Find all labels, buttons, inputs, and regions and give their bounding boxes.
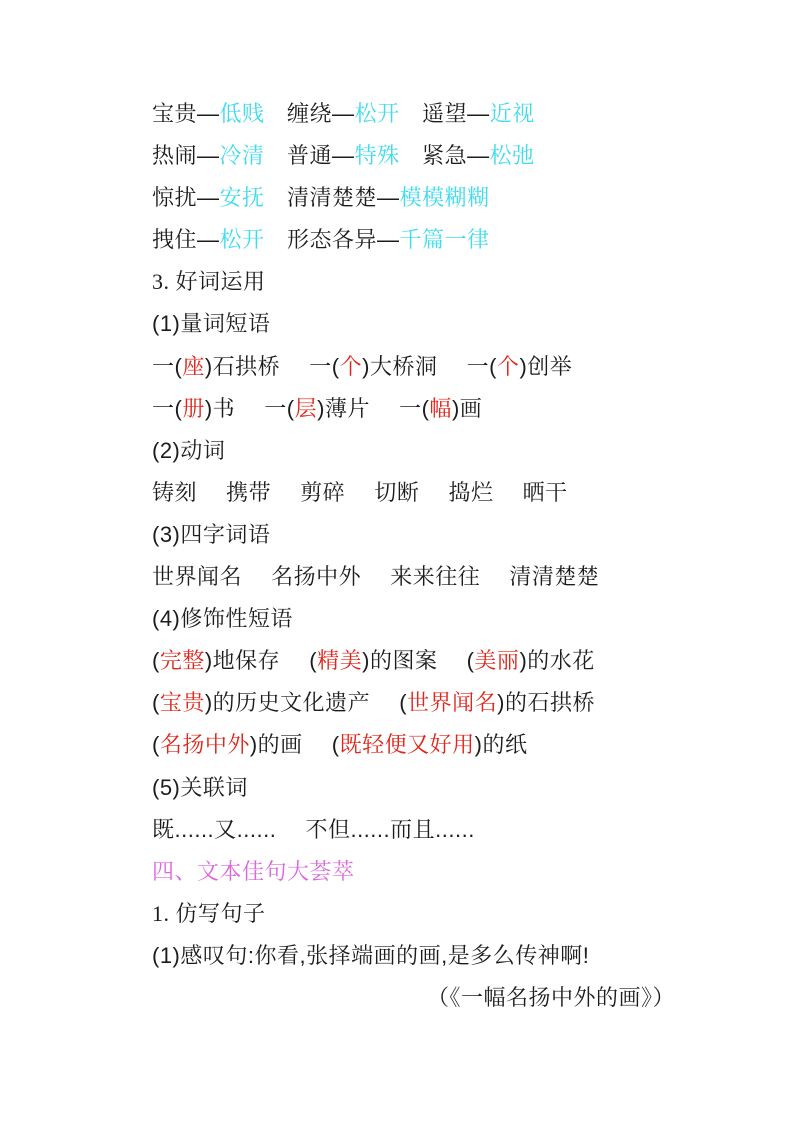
measure-words-line-1-text: 一( bbox=[467, 354, 497, 379]
modifier-line-3-text: ( bbox=[152, 732, 160, 757]
conjunctions-line: 既......又...... 不但......而且...... bbox=[152, 809, 675, 851]
modifier-line-3-highlight: 既轻便又好用 bbox=[340, 732, 475, 757]
measure-words-line-2-text: 一( bbox=[264, 396, 294, 421]
antonym-line-1-text: 遥望— bbox=[422, 101, 490, 126]
antonym-line-3-text bbox=[265, 185, 288, 210]
measure-words-line-1-highlight: 个 bbox=[497, 354, 520, 379]
modifier-line-2-text: )的历史文化遗产 bbox=[205, 690, 370, 715]
antonym-line-1: 宝贵—低贱 缠绕—松开 遥望—近视 bbox=[152, 93, 675, 135]
heading-good-words: 3. 好词运用 bbox=[152, 261, 675, 303]
measure-words-line-2-text: )薄片 bbox=[317, 396, 370, 421]
subheading-modifier-phrases: (4)修饰性短语 bbox=[152, 598, 675, 640]
antonym-line-3-highlight: 安抚 bbox=[220, 185, 265, 210]
modifier-line-2-highlight: 世界闻名 bbox=[407, 690, 497, 715]
antonym-line-4-highlight: 松开 bbox=[220, 227, 265, 252]
antonym-line-2-text: 紧急— bbox=[422, 143, 490, 168]
measure-words-line-2-text: )书 bbox=[205, 396, 235, 421]
measure-words-line-2-text bbox=[370, 396, 399, 421]
measure-words-line-2-text: )画 bbox=[452, 396, 482, 421]
modifier-line-2-highlight: 宝贵 bbox=[160, 690, 205, 715]
source-citation-line: （《一幅名扬中外的画》） bbox=[152, 977, 675, 1019]
antonym-line-3-highlight: 模模糊糊 bbox=[400, 185, 490, 210]
antonym-line-2-highlight: 特殊 bbox=[355, 143, 400, 168]
section-heading-best-sentences: 四、文本佳句大荟萃 bbox=[152, 851, 675, 893]
measure-words-line-1-text: )石拱桥 bbox=[205, 354, 280, 379]
subheading-measure-words: (1)量词短语 bbox=[152, 303, 675, 345]
antonym-line-2: 热闹—冷清 普通—特殊 紧急—松弛 bbox=[152, 135, 675, 177]
measure-words-line-2-text bbox=[235, 396, 264, 421]
modifier-line-1-text bbox=[437, 648, 466, 673]
antonym-line-4-highlight: 千篇一律 bbox=[400, 227, 490, 252]
antonym-line-3: 惊扰—安抚 清清楚楚—模模糊糊 bbox=[152, 177, 675, 219]
modifier-line-2: (宝贵)的历史文化遗产 (世界闻名)的石拱桥 bbox=[152, 682, 675, 724]
modifier-line-1-text: )地保存 bbox=[205, 648, 280, 673]
antonym-line-2-text: 普通— bbox=[287, 143, 355, 168]
antonym-line-1-highlight: 近视 bbox=[490, 101, 535, 126]
modifier-line-2-text: ( bbox=[152, 690, 160, 715]
antonym-line-2-text bbox=[400, 143, 423, 168]
measure-words-line-2-text: 一( bbox=[399, 396, 429, 421]
modifier-line-3-text: )的纸 bbox=[475, 732, 528, 757]
antonym-line-4: 拽住—松开 形态各异—千篇一律 bbox=[152, 219, 675, 261]
measure-words-line-1-text bbox=[437, 354, 466, 379]
conjunctions-line-text: 既......又...... 不但......而且...... bbox=[152, 817, 475, 842]
antonym-line-2-text: 热闹— bbox=[152, 143, 220, 168]
measure-words-line-1-text: 一( bbox=[309, 354, 339, 379]
exclamation-sentence-line: (1)感叹句:你看,张择端画的画,是多么传神啊! bbox=[152, 935, 675, 977]
measure-words-line-2-highlight: 册 bbox=[182, 396, 205, 421]
exclamation-sentence-line-text: (1)感叹句:你看,张择端画的画,是多么传神啊! bbox=[152, 943, 589, 968]
modifier-line-1-highlight: 完整 bbox=[160, 648, 205, 673]
antonym-line-2-highlight: 冷清 bbox=[220, 143, 265, 168]
modifier-line-1-highlight: 精美 bbox=[317, 648, 362, 673]
modifier-line-1-text: )的水花 bbox=[519, 648, 594, 673]
subheading-conjunctions-text: (5)关联词 bbox=[152, 775, 248, 800]
measure-words-line-1-text: )创举 bbox=[519, 354, 572, 379]
antonym-line-1-highlight: 松开 bbox=[355, 101, 400, 126]
antonym-line-2-text bbox=[265, 143, 288, 168]
measure-words-line-1-text bbox=[280, 354, 309, 379]
subheading-four-char-words: (3)四字词语 bbox=[152, 514, 675, 556]
modifier-line-1-highlight: 美丽 bbox=[474, 648, 519, 673]
antonym-line-1-text: 宝贵— bbox=[152, 101, 220, 126]
heading-imitate-sentences-text: 1. 仿写句子 bbox=[152, 901, 266, 926]
verbs-line-text: 铸刻 携带 剪碎 切断 捣烂 晒干 bbox=[152, 480, 568, 505]
modifier-line-1-text: ( bbox=[152, 648, 160, 673]
modifier-line-3: (名扬中外)的画 (既轻便又好用)的纸 bbox=[152, 724, 675, 766]
four-char-words-line: 世界闻名 名扬中外 来来往往 清清楚楚 bbox=[152, 556, 675, 598]
section-heading-best-sentences-highlight: 四、文本佳句大荟萃 bbox=[152, 859, 355, 884]
measure-words-line-1-text: 一( bbox=[152, 354, 182, 379]
subheading-measure-words-text: (1)量词短语 bbox=[152, 311, 270, 336]
four-char-words-line-text: 世界闻名 名扬中外 来来往往 清清楚楚 bbox=[152, 564, 599, 589]
verbs-line: 铸刻 携带 剪碎 切断 捣烂 晒干 bbox=[152, 472, 675, 514]
subheading-verbs: (2)动词 bbox=[152, 430, 675, 472]
antonym-line-1-text bbox=[265, 101, 288, 126]
modifier-line-1-text: ( bbox=[309, 648, 317, 673]
measure-words-line-1-highlight: 座 bbox=[182, 354, 205, 379]
measure-words-line-2: 一(册)书 一(层)薄片 一(幅)画 bbox=[152, 388, 675, 430]
measure-words-line-1: 一(座)石拱桥 一(个)大桥洞 一(个)创举 bbox=[152, 346, 675, 388]
antonym-line-3-text: 惊扰— bbox=[152, 185, 220, 210]
heading-imitate-sentences: 1. 仿写句子 bbox=[152, 893, 675, 935]
measure-words-line-1-highlight: 个 bbox=[340, 354, 363, 379]
modifier-line-3-text bbox=[303, 732, 332, 757]
modifier-line-1: (完整)地保存 (精美)的图案 (美丽)的水花 bbox=[152, 640, 675, 682]
modifier-line-2-text: ( bbox=[399, 690, 407, 715]
modifier-line-1-text bbox=[280, 648, 309, 673]
antonym-line-1-highlight: 低贱 bbox=[220, 101, 265, 126]
antonym-line-4-text: 形态各异— bbox=[287, 227, 400, 252]
heading-good-words-text: 3. 好词运用 bbox=[152, 269, 266, 294]
antonym-line-1-text: 缠绕— bbox=[287, 101, 355, 126]
modifier-line-3-highlight: 名扬中外 bbox=[160, 732, 250, 757]
modifier-line-3-text: )的画 bbox=[250, 732, 303, 757]
antonym-line-3-text: 清清楚楚— bbox=[287, 185, 400, 210]
measure-words-line-2-text: 一( bbox=[152, 396, 182, 421]
measure-words-line-1-text: )大桥洞 bbox=[362, 354, 437, 379]
antonym-line-4-text: 拽住— bbox=[152, 227, 220, 252]
antonym-line-4-text bbox=[265, 227, 288, 252]
antonym-line-1-text bbox=[400, 101, 423, 126]
modifier-line-2-text: )的石拱桥 bbox=[497, 690, 595, 715]
subheading-conjunctions: (5)关联词 bbox=[152, 767, 675, 809]
document-body: 宝贵—低贱 缠绕—松开 遥望—近视热闹—冷清 普通—特殊 紧急—松弛惊扰—安抚 … bbox=[152, 93, 675, 1019]
subheading-four-char-words-text: (3)四字词语 bbox=[152, 522, 270, 547]
antonym-line-2-highlight: 松弛 bbox=[490, 143, 535, 168]
measure-words-line-2-highlight: 层 bbox=[295, 396, 318, 421]
subheading-verbs-text: (2)动词 bbox=[152, 438, 225, 463]
subheading-modifier-phrases-text: (4)修饰性短语 bbox=[152, 606, 293, 631]
modifier-line-3-text: ( bbox=[332, 732, 340, 757]
source-citation-line-text: （《一幅名扬中外的画》） bbox=[427, 985, 675, 1010]
modifier-line-2-text bbox=[370, 690, 399, 715]
measure-words-line-2-highlight: 幅 bbox=[429, 396, 452, 421]
modifier-line-1-text: )的图案 bbox=[362, 648, 437, 673]
